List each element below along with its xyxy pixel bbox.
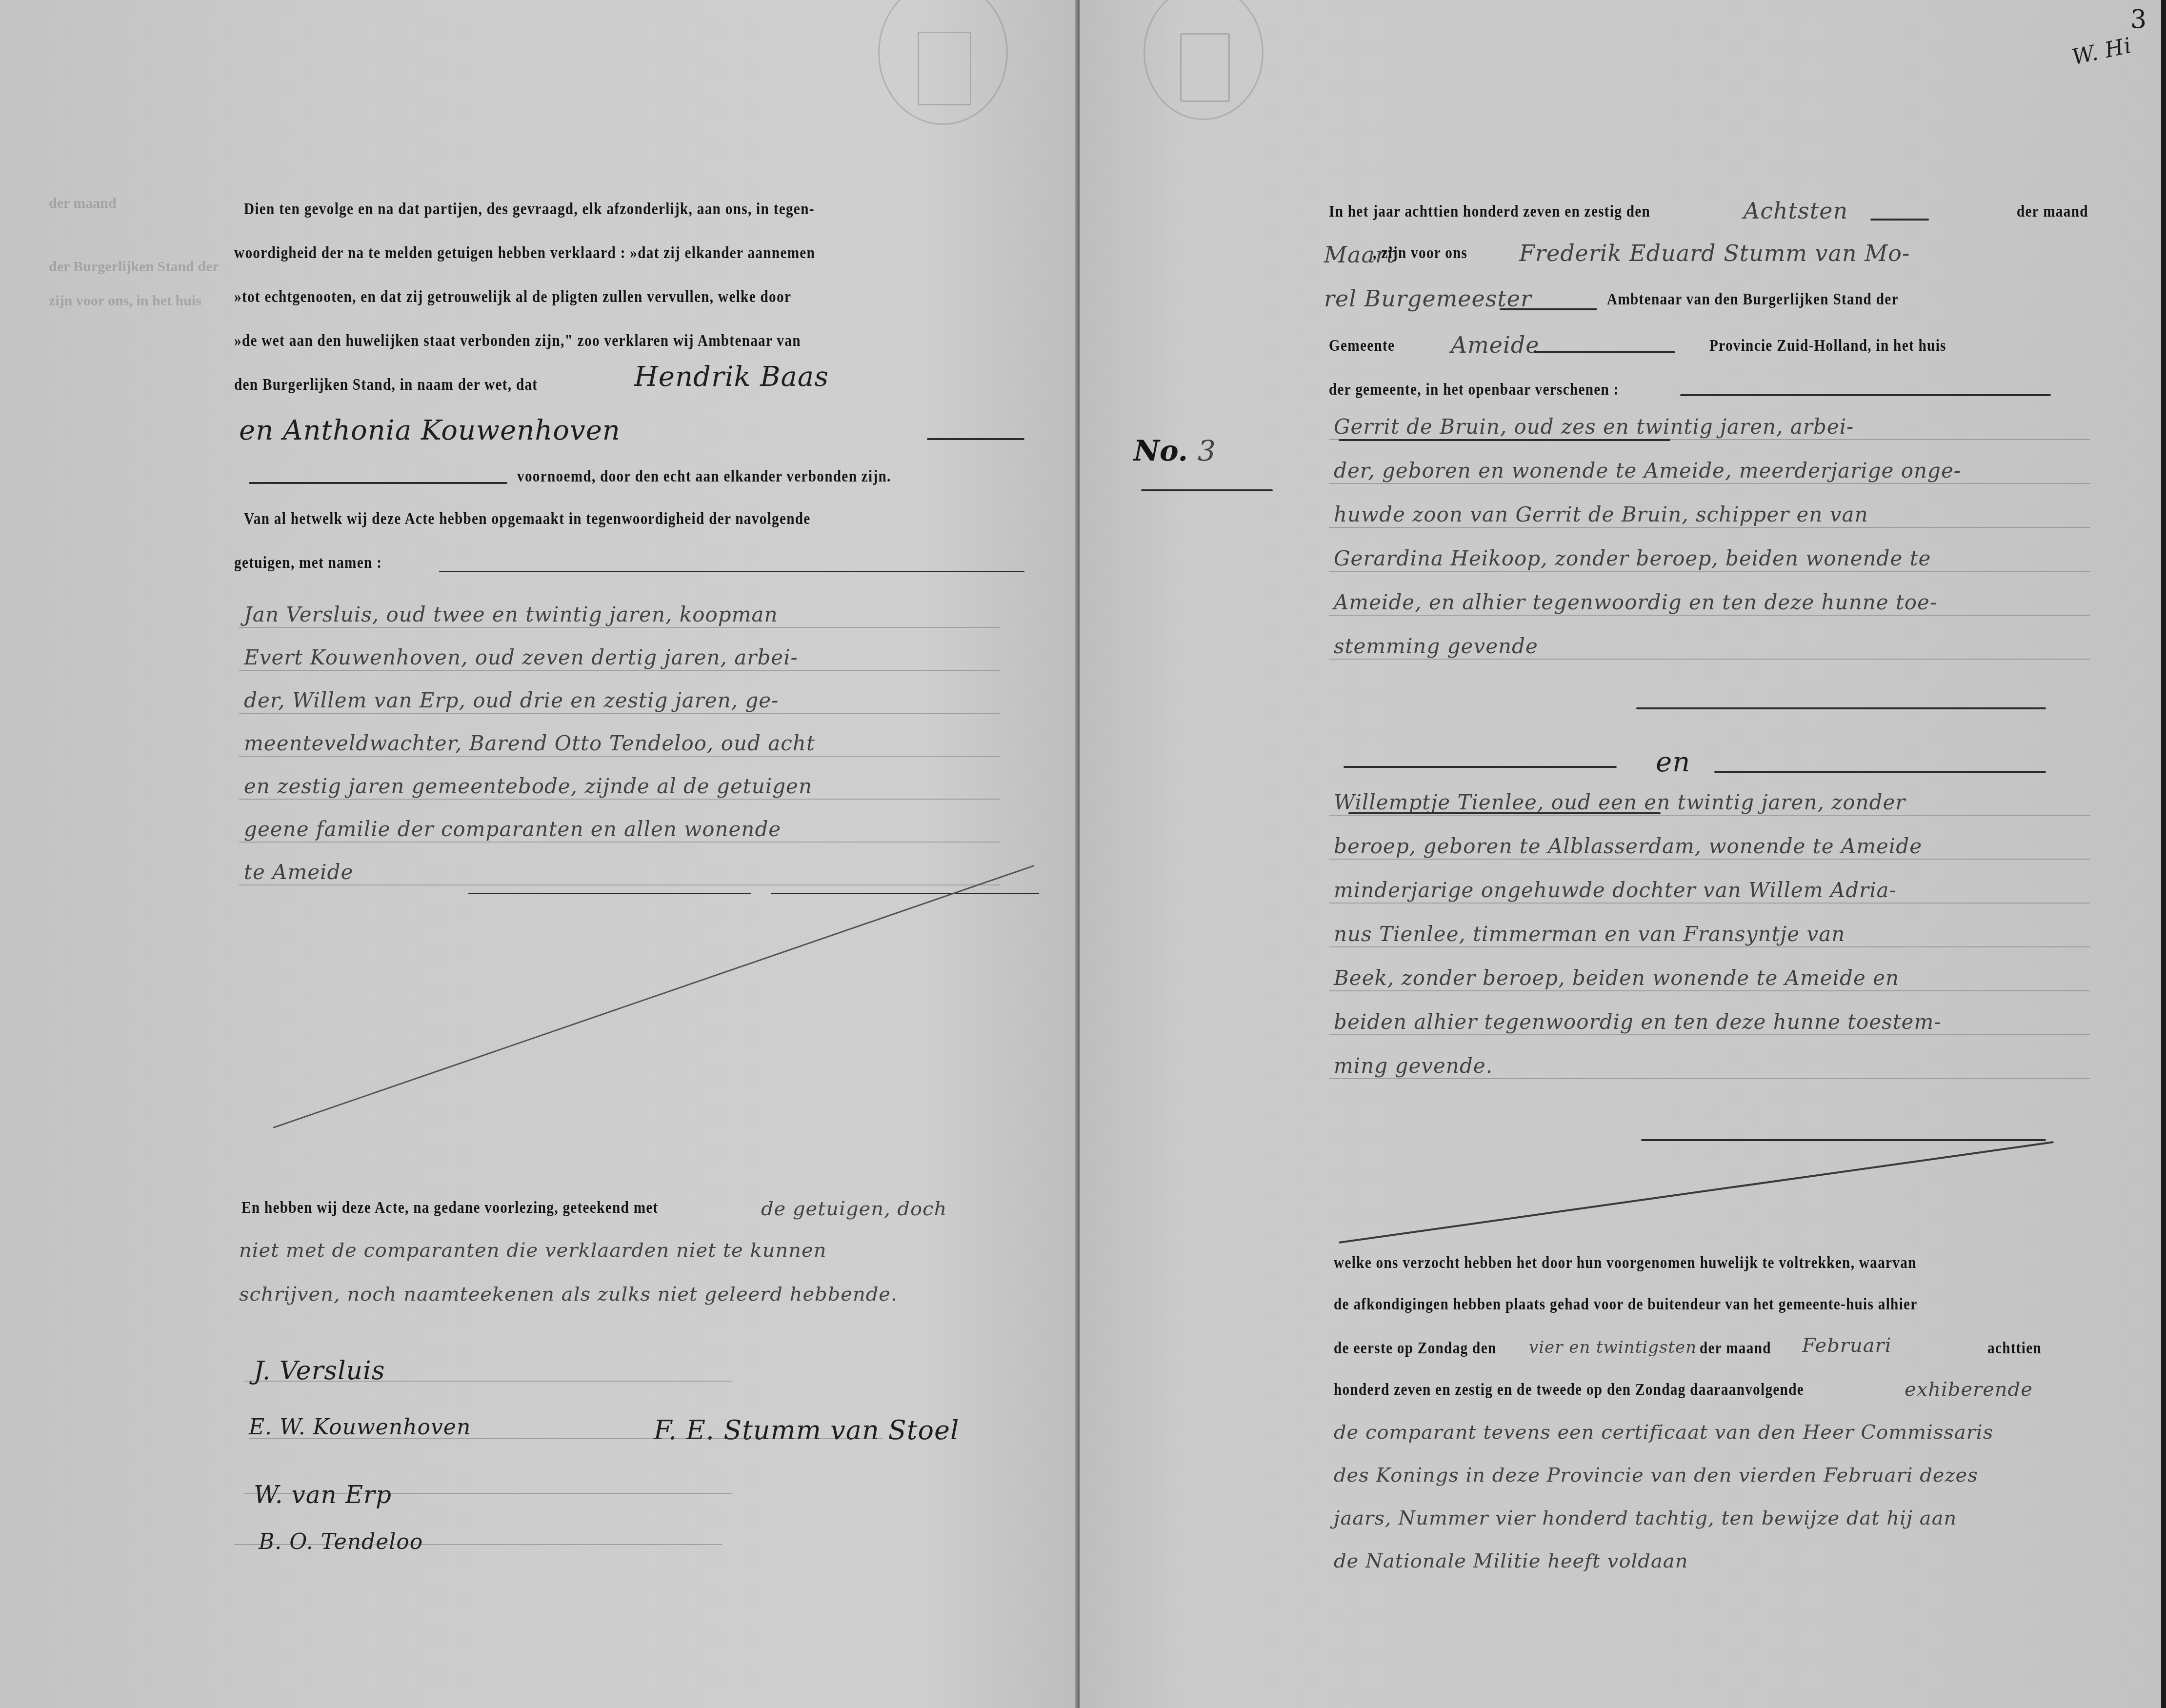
- printed-line: woordigheid der na te melden getuigen he…: [234, 244, 815, 262]
- printed-line: »tot echtgenooten, en dat zij getrouweli…: [234, 288, 791, 306]
- record-label-text: No.: [1134, 434, 1188, 467]
- fill-line: [468, 893, 751, 894]
- name-underline: [1348, 812, 1661, 814]
- ruled-line: [239, 627, 1000, 628]
- conjunction: en: [1656, 746, 1690, 778]
- page-number: 3: [2130, 5, 2146, 34]
- handwritten-line: Jan Versluis, oud twee en twintig jaren,…: [244, 603, 778, 626]
- official-name: Frederik Eduard Stumm van Mo-: [1519, 240, 1910, 266]
- printed-line: der maand: [2017, 202, 2088, 221]
- handwritten-line: Beek, zonder beroep, beiden wonende te A…: [1334, 966, 1899, 990]
- record-underline: [1141, 489, 1273, 491]
- handwritten-line: geene familie der comparanten en allen w…: [244, 817, 781, 841]
- handwritten-line: Ameide, en alhier tegenwoordig en ten de…: [1334, 590, 1937, 614]
- signed-clause: schrijven, noch naamteekenen als zulks n…: [239, 1283, 898, 1306]
- handwritten-line: ming gevende.: [1334, 1054, 1493, 1078]
- printed-line: Dien ten gevolge en na dat partijen, des…: [244, 200, 815, 219]
- handwritten-line: der, Willem van Erp, oud drie en zestig …: [244, 688, 779, 712]
- fill-line: [1344, 766, 1617, 768]
- ruled-line: [1329, 946, 2090, 947]
- handwritten-line: minderjarige ongehuwde dochter van Wille…: [1334, 878, 1897, 902]
- groom-name: Hendrik Baas: [634, 361, 829, 393]
- fill-line: [1714, 771, 2046, 773]
- embossed-seal-left: [878, 0, 1008, 125]
- fill-line: [1641, 1139, 2046, 1141]
- signature: B. O. Tendeloo: [259, 1529, 423, 1554]
- cancel-stroke: [273, 865, 1035, 1128]
- ruled-line: [1329, 659, 2090, 660]
- left-page: der maand der Burgerlijken Stand der zij…: [0, 0, 1077, 1708]
- handwritten-line: Gerrit de Bruin, oud zes en twintig jare…: [1334, 415, 1854, 439]
- ruled-line: [239, 799, 1000, 800]
- printed-line: En hebben wij deze Acte, na gedane voorl…: [241, 1199, 659, 1217]
- embossed-seal-right: [1143, 0, 1263, 120]
- ghost-margin-text: der maand: [49, 195, 117, 212]
- fill-line: [1870, 219, 1929, 221]
- handwritten-line: en zestig jaren gemeentebode, zijnde al …: [244, 774, 812, 798]
- signature-line: [244, 1381, 732, 1382]
- signed-clause: de getuigen, doch: [761, 1198, 947, 1220]
- printed-line: achttien: [1987, 1339, 2042, 1358]
- printed-line: , zijn voor ons: [1373, 244, 1467, 262]
- handwritten-line: exhiberende: [1905, 1378, 2033, 1401]
- handwritten-line: nus Tienlee, timmerman en van Fransyntje…: [1334, 922, 1845, 946]
- signed-clause: niet met de comparanten die verklaarden …: [239, 1239, 826, 1262]
- printed-line: de afkondigingen hebben plaats gehad voo…: [1334, 1295, 1918, 1314]
- ruled-line: [1329, 483, 2090, 484]
- signature-line: [249, 1438, 883, 1439]
- handwritten-line: Willemptje Tienlee, oud een en twintig j…: [1334, 790, 1905, 814]
- ghost-margin-text: der Burgerlijken Stand der: [49, 259, 219, 275]
- ruled-line: [1329, 527, 2090, 528]
- day-value: Achtsten: [1744, 198, 1848, 224]
- handwritten-line: Gerardina Heikoop, zonder beroep, beiden…: [1334, 546, 1931, 570]
- signature-line: [244, 1493, 732, 1494]
- ruled-line: [239, 713, 1000, 714]
- fill-line: [1636, 707, 2046, 709]
- printed-line: voornoemd, door den echt aan elkander ve…: [517, 467, 891, 486]
- handwritten-line: de comparant tevens een certificaat van …: [1334, 1421, 1993, 1444]
- official-title: rel Burgemeester: [1324, 285, 1532, 312]
- handwritten-line: Evert Kouwenhoven, oud zeven dertig jare…: [244, 645, 798, 669]
- printed-line: den Burgerlijken Stand, in naam der wet,…: [234, 376, 538, 394]
- fill-line: [249, 482, 507, 484]
- right-page: 3 W. Hi In het jaar achttien honderd zev…: [1080, 0, 2166, 1708]
- printed-line: »de wet aan den huwelijken staat verbond…: [234, 332, 801, 350]
- handwritten-line: jaars, Nummer vier honderd tachtig, ten …: [1334, 1507, 1957, 1529]
- fill-line: [1680, 394, 2051, 396]
- signature-line: [234, 1544, 722, 1545]
- official-signature: F. E. Stumm van Stoel: [654, 1415, 959, 1446]
- ruled-line: [1329, 903, 2090, 904]
- fill-line: [771, 893, 1039, 894]
- bride-name: en Anthonia Kouwenhoven: [239, 415, 621, 446]
- first-sunday-value: vier en twintigsten: [1529, 1338, 1697, 1357]
- ruled-line: [239, 670, 1000, 671]
- handwritten-line: meenteveldwachter, Barend Otto Tendeloo,…: [244, 731, 815, 755]
- handwritten-line: des Konings in deze Provincie van den vi…: [1334, 1464, 1978, 1487]
- printed-line: der gemeente, in het openbaar verschenen…: [1329, 381, 1619, 399]
- printed-line: Gemeente: [1329, 337, 1395, 355]
- printed-line: getuigen, met namen :: [234, 554, 382, 572]
- signature: W. van Erp: [254, 1481, 392, 1509]
- ruled-line: [239, 884, 1000, 885]
- ruled-line: [1329, 815, 2090, 816]
- fill-line: [1500, 308, 1597, 310]
- handwritten-line: beiden alhier tegenwoordig en ten deze h…: [1334, 1010, 1941, 1034]
- handwritten-line: beroep, geboren te Alblasserdam, wonende…: [1334, 834, 1922, 858]
- printed-line: Ambtenaar van den Burgerlijken Stand der: [1607, 290, 1899, 309]
- handwritten-line: te Ameide: [244, 860, 353, 884]
- fill-line: [439, 571, 1024, 572]
- fill-line: [927, 438, 1024, 440]
- printed-line: Van al hetwelk wij deze Acte hebben opge…: [244, 510, 811, 528]
- record-number: 3: [1198, 434, 1216, 467]
- ruled-line: [239, 842, 1000, 843]
- record-label: No. 3: [1134, 434, 1216, 467]
- name-underline: [1339, 439, 1670, 441]
- ruled-line: [239, 756, 1000, 757]
- printed-line: Provincie Zuid-Holland, in het huis: [1709, 337, 1946, 355]
- cancel-stroke: [1339, 1141, 2054, 1244]
- printed-line: de eerste op Zondag den: [1334, 1339, 1496, 1358]
- printed-line: welke ons verzocht hebben het door hun v…: [1334, 1254, 1917, 1272]
- ruled-line: [1329, 571, 2090, 572]
- ruled-line: [1329, 990, 2090, 991]
- signature: E. W. Kouwenhoven: [249, 1415, 471, 1440]
- page-edge: [2161, 0, 2166, 1708]
- page-initials: W. Hi: [2070, 33, 2134, 70]
- handwritten-line: der, geboren en wonende te Ameide, meerd…: [1334, 459, 1961, 482]
- handwritten-line: stemming gevende: [1334, 634, 1538, 658]
- first-month-value: Februari: [1802, 1334, 1892, 1357]
- handwritten-line: de Nationale Militie heeft voldaan: [1334, 1550, 1688, 1572]
- ruled-line: [1329, 859, 2090, 860]
- ghost-margin-text: zijn voor ons, in het huis: [49, 293, 201, 309]
- ruled-line: [1329, 615, 2090, 616]
- printed-line: der maand: [1700, 1339, 1771, 1358]
- gemeente-value: Ameide: [1451, 332, 1539, 358]
- fill-line: [1534, 351, 1675, 353]
- handwritten-line: huwde zoon van Gerrit de Bruin, schipper…: [1334, 502, 1868, 526]
- ruled-line: [1329, 1078, 2090, 1079]
- ruled-line: [1329, 1034, 2090, 1035]
- printed-line: honderd zeven en zestig en de tweede op …: [1334, 1381, 1804, 1399]
- printed-line: In het jaar achttien honderd zeven en ze…: [1329, 202, 1650, 221]
